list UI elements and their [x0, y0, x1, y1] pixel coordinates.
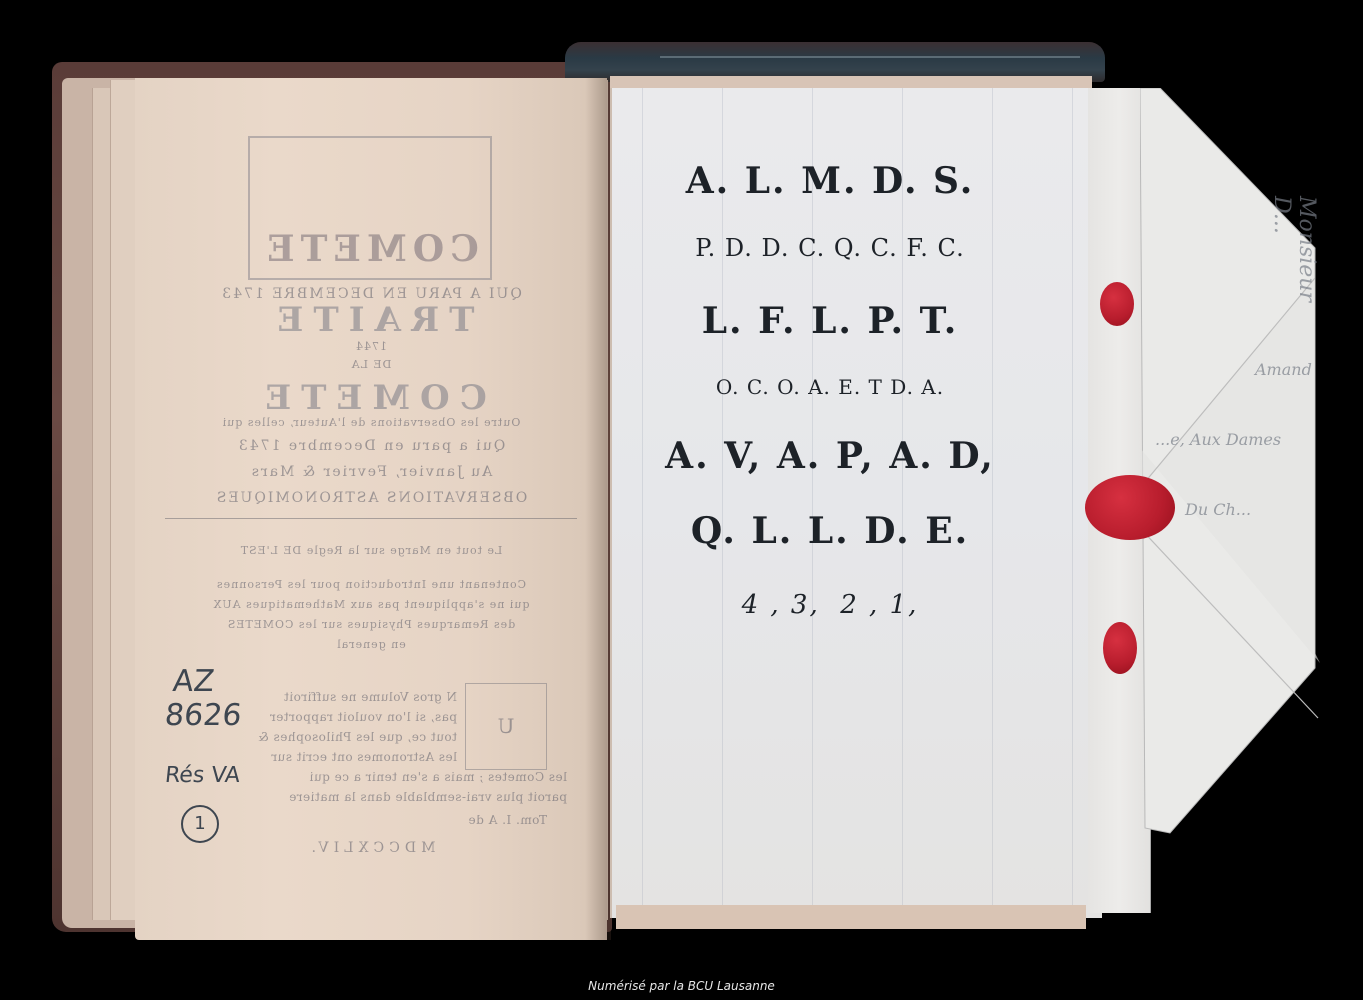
cover-highlight [660, 56, 1080, 58]
engraved-vignette-frame: COMETE [248, 136, 492, 280]
title-line: qui ne s'appliquent pas aux Mathematique… [155, 598, 587, 611]
title-line: Contenant une Introduction pour les Pers… [155, 578, 587, 591]
right-page-bottom-edge [616, 905, 1086, 929]
ruling-line [812, 88, 813, 918]
title-line: DE LA [155, 358, 587, 371]
title-line: des Remarques Physiques sur les COMETES [155, 618, 587, 631]
digitization-credit: Numérisé par la BCU Lausanne [0, 979, 1363, 993]
title-line: Outre les Observations de l'Auteur, cell… [155, 416, 587, 429]
pencil-shelfmark: AZ 8626 Rés VA 1 [165, 665, 275, 865]
cipher-line: Q. L. L. D. E. [640, 510, 1020, 552]
ruling-line [722, 88, 723, 918]
title-line: 1744 [155, 340, 587, 353]
title-line: OBSERVATIONS ASTRONOMIQUES [155, 490, 587, 506]
red-wax-seal [1103, 622, 1137, 674]
title-line: en general [155, 638, 587, 651]
shelfmark-number: 8626 [163, 699, 277, 733]
ruling-line [902, 88, 903, 918]
ruling-line [642, 88, 643, 918]
red-wax-seal [1100, 282, 1134, 326]
title-line: Au Janvier, Fevrier & Mars [155, 464, 587, 480]
cipher-numbers: 4 , 3, 2 , 1, [640, 590, 1020, 620]
shelfmark-reserve: Rés VA [163, 759, 277, 793]
letter-address-line: Du Ch... [1185, 500, 1251, 519]
title-line: Le tout en Marge sur la Regle DE L'EST [155, 544, 587, 557]
title-line: Qui a paru en Decembre 1743 [155, 438, 587, 454]
letter-address-line: Amand [1255, 360, 1312, 379]
shelfmark-collection: AZ [163, 665, 277, 699]
gutter-shadow [585, 78, 611, 940]
cipher-line: O. C. O. A. E. T D. A. [640, 375, 1020, 399]
ruling-line [992, 88, 993, 918]
title-line: COMETE [155, 378, 587, 418]
letter-address-line: ...e, Aux Dames [1155, 430, 1281, 449]
vignette-title: COMETE [250, 228, 490, 270]
red-wax-seal [1085, 475, 1175, 540]
cipher-line: A. V, A. P, A. D, [640, 435, 1020, 477]
cipher-line: L. F. L. P. T. [640, 300, 1020, 342]
decorated-initial: U [465, 683, 547, 770]
cipher-line: A. L. M. D. S. [640, 160, 1020, 202]
cipher-line: P. D. D. C. Q. C. F. C. [640, 234, 1020, 262]
title-rule [165, 518, 577, 519]
title-line: TRAITE [155, 300, 587, 340]
letter-address-line: Monsieur D... [1269, 196, 1319, 334]
ruling-line [1072, 88, 1073, 918]
shelfmark-volume: 1 [181, 805, 219, 843]
right-page [610, 88, 1102, 918]
